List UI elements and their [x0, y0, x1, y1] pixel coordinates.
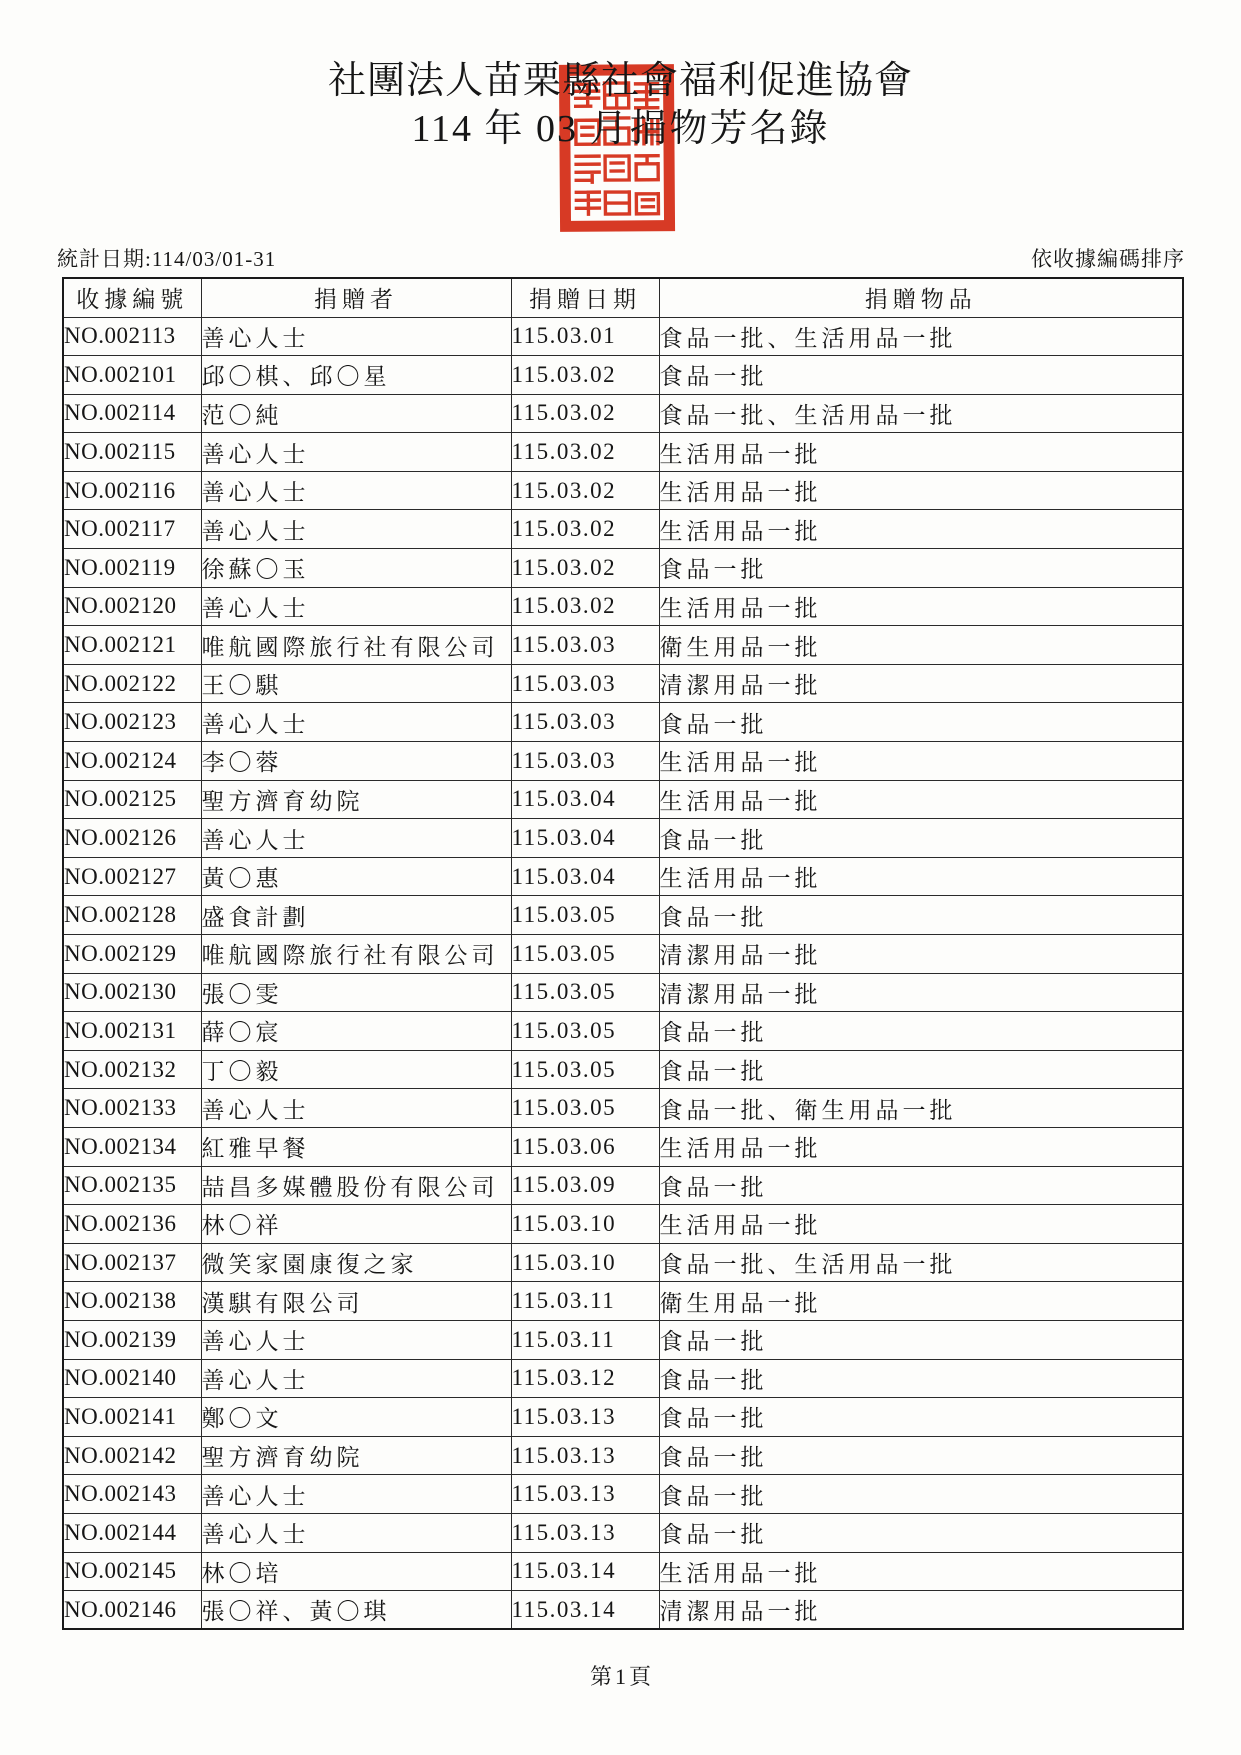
donor-cell: 善心人士	[201, 471, 511, 510]
receipt-no-cell: NO.002122	[63, 664, 201, 703]
table-row: NO.002122王〇騏115.03.03清潔用品一批	[63, 664, 1183, 703]
items-cell: 清潔用品一批	[659, 664, 1183, 703]
table-row: NO.002130張〇雯115.03.05清潔用品一批	[63, 973, 1183, 1012]
receipt-no-cell: NO.002146	[63, 1591, 201, 1630]
items-cell: 生活用品一批	[659, 742, 1183, 781]
donor-cell: 善心人士	[201, 587, 511, 626]
donor-cell: 唯航國際旅行社有限公司	[201, 935, 511, 974]
date-cell: 115.03.02	[511, 549, 659, 588]
table-row: NO.002113善心人士115.03.01食品一批、生活用品一批	[63, 317, 1183, 356]
items-cell: 食品一批	[659, 356, 1183, 395]
date-cell: 115.03.12	[511, 1359, 659, 1398]
stats-date-label: 統計日期:114/03/01-31	[57, 243, 276, 273]
date-cell: 115.03.11	[511, 1282, 659, 1321]
table-row: NO.002126善心人士115.03.04食品一批	[63, 819, 1183, 858]
donor-cell: 善心人士	[201, 819, 511, 858]
date-cell: 115.03.02	[511, 356, 659, 395]
table-row: NO.002127黃〇惠115.03.04生活用品一批	[63, 857, 1183, 896]
donor-cell: 徐蘇〇玉	[201, 549, 511, 588]
donor-cell: 喆昌多媒體股份有限公司	[201, 1166, 511, 1205]
receipt-no-cell: NO.002115	[63, 433, 201, 472]
items-cell: 食品一批	[659, 549, 1183, 588]
items-cell: 生活用品一批	[659, 780, 1183, 819]
items-cell: 食品一批、生活用品一批	[659, 394, 1183, 433]
donation-table: 收據編號 捐贈者 捐贈日期 捐贈物品 NO.002113善心人士115.03.0…	[62, 277, 1184, 1630]
donor-cell: 張〇雯	[201, 973, 511, 1012]
table-row: NO.002145林〇培115.03.14生活用品一批	[63, 1552, 1183, 1591]
date-cell: 115.03.05	[511, 1089, 659, 1128]
donor-cell: 漢騏有限公司	[201, 1282, 511, 1321]
receipt-no-cell: NO.002139	[63, 1320, 201, 1359]
date-cell: 115.03.03	[511, 626, 659, 665]
items-cell: 清潔用品一批	[659, 1591, 1183, 1630]
table-row: NO.002136林〇祥115.03.10生活用品一批	[63, 1205, 1183, 1244]
date-cell: 115.03.13	[511, 1398, 659, 1437]
receipt-no-cell: NO.002125	[63, 780, 201, 819]
receipt-no-cell: NO.002113	[63, 317, 201, 356]
receipt-no-cell: NO.002136	[63, 1205, 201, 1244]
items-cell: 生活用品一批	[659, 433, 1183, 472]
table-row: NO.002138漢騏有限公司115.03.11衛生用品一批	[63, 1282, 1183, 1321]
items-cell: 衛生用品一批	[659, 626, 1183, 665]
date-cell: 115.03.05	[511, 1012, 659, 1051]
receipt-no-cell: NO.002120	[63, 587, 201, 626]
receipt-no-cell: NO.002142	[63, 1436, 201, 1475]
date-cell: 115.03.05	[511, 935, 659, 974]
page-number: 第1頁	[62, 1660, 1182, 1691]
items-cell: 生活用品一批	[659, 1127, 1183, 1166]
donation-table-body: NO.002113善心人士115.03.01食品一批、生活用品一批NO.0021…	[63, 317, 1183, 1629]
items-cell: 食品一批	[659, 1012, 1183, 1051]
donor-cell: 善心人士	[201, 510, 511, 549]
table-row: NO.002135喆昌多媒體股份有限公司115.03.09食品一批	[63, 1166, 1183, 1205]
table-row: NO.002132丁〇毅115.03.05食品一批	[63, 1050, 1183, 1089]
donor-cell: 李〇蓉	[201, 742, 511, 781]
receipt-no-cell: NO.002123	[63, 703, 201, 742]
table-row: NO.002140善心人士115.03.12食品一批	[63, 1359, 1183, 1398]
items-cell: 食品一批	[659, 1320, 1183, 1359]
document-title: 社團法人苗栗縣社會福利促進協會 114 年 03 月捐物芳名錄	[0, 57, 1241, 153]
donor-cell: 范〇純	[201, 394, 511, 433]
date-cell: 115.03.05	[511, 1050, 659, 1089]
donor-cell: 丁〇毅	[201, 1050, 511, 1089]
donation-table-header: 收據編號 捐贈者 捐贈日期 捐贈物品	[63, 278, 1183, 317]
receipt-no-cell: NO.002101	[63, 356, 201, 395]
table-row: NO.002133善心人士115.03.05食品一批、衛生用品一批	[63, 1089, 1183, 1128]
meta-row: 統計日期:114/03/01-31 依收據編碼排序	[57, 243, 1185, 273]
receipt-no-cell: NO.002131	[63, 1012, 201, 1051]
date-cell: 115.03.02	[511, 587, 659, 626]
donor-cell: 盛食計劃	[201, 896, 511, 935]
table-row: NO.002120善心人士115.03.02生活用品一批	[63, 587, 1183, 626]
table-row: NO.002124李〇蓉115.03.03生活用品一批	[63, 742, 1183, 781]
donor-cell: 微笑家園康復之家	[201, 1243, 511, 1282]
date-cell: 115.03.14	[511, 1552, 659, 1591]
header-row: 收據編號 捐贈者 捐贈日期 捐贈物品	[63, 278, 1183, 317]
table-row: NO.002101邱〇棋、邱〇星115.03.02食品一批	[63, 356, 1183, 395]
donor-cell: 善心人士	[201, 1513, 511, 1552]
date-cell: 115.03.05	[511, 973, 659, 1012]
donor-cell: 黃〇惠	[201, 857, 511, 896]
items-cell: 衛生用品一批	[659, 1282, 1183, 1321]
items-cell: 生活用品一批	[659, 587, 1183, 626]
table-row: NO.002115善心人士115.03.02生活用品一批	[63, 433, 1183, 472]
donor-cell: 林〇祥	[201, 1205, 511, 1244]
table-row: NO.002141鄭〇文115.03.13食品一批	[63, 1398, 1183, 1437]
items-cell: 生活用品一批	[659, 471, 1183, 510]
donor-cell: 善心人士	[201, 1089, 511, 1128]
receipt-no-cell: NO.002141	[63, 1398, 201, 1437]
receipt-no-cell: NO.002126	[63, 819, 201, 858]
date-cell: 115.03.02	[511, 433, 659, 472]
items-cell: 清潔用品一批	[659, 935, 1183, 974]
items-cell: 生活用品一批	[659, 510, 1183, 549]
items-cell: 食品一批、生活用品一批	[659, 1243, 1183, 1282]
date-cell: 115.03.01	[511, 317, 659, 356]
donor-cell: 鄭〇文	[201, 1398, 511, 1437]
items-cell: 食品一批	[659, 1050, 1183, 1089]
table-row: NO.002116善心人士115.03.02生活用品一批	[63, 471, 1183, 510]
receipt-no-cell: NO.002116	[63, 471, 201, 510]
donor-cell: 善心人士	[201, 1359, 511, 1398]
donor-cell: 善心人士	[201, 433, 511, 472]
donor-cell: 邱〇棋、邱〇星	[201, 356, 511, 395]
donor-cell: 林〇培	[201, 1552, 511, 1591]
receipt-no-cell: NO.002117	[63, 510, 201, 549]
items-cell: 食品一批	[659, 1166, 1183, 1205]
table-row: NO.002114范〇純115.03.02食品一批、生活用品一批	[63, 394, 1183, 433]
date-cell: 115.03.13	[511, 1475, 659, 1514]
date-cell: 115.03.11	[511, 1320, 659, 1359]
date-cell: 115.03.06	[511, 1127, 659, 1166]
receipt-no-cell: NO.002132	[63, 1050, 201, 1089]
receipt-no-cell: NO.002135	[63, 1166, 201, 1205]
items-cell: 食品一批、生活用品一批	[659, 317, 1183, 356]
items-cell: 食品一批	[659, 896, 1183, 935]
table-row: NO.002131薛〇宸115.03.05食品一批	[63, 1012, 1183, 1051]
date-cell: 115.03.02	[511, 510, 659, 549]
table-row: NO.002125聖方濟育幼院115.03.04生活用品一批	[63, 780, 1183, 819]
date-cell: 115.03.09	[511, 1166, 659, 1205]
sort-order-note: 依收據編碼排序	[1031, 243, 1185, 273]
table-row: NO.002137微笑家園康復之家115.03.10食品一批、生活用品一批	[63, 1243, 1183, 1282]
receipt-no-cell: NO.002138	[63, 1282, 201, 1321]
receipt-no-cell: NO.002124	[63, 742, 201, 781]
items-cell: 生活用品一批	[659, 1552, 1183, 1591]
date-cell: 115.03.03	[511, 703, 659, 742]
date-cell: 115.03.10	[511, 1205, 659, 1244]
date-cell: 115.03.13	[511, 1513, 659, 1552]
donor-cell: 善心人士	[201, 703, 511, 742]
date-cell: 115.03.04	[511, 819, 659, 858]
receipt-no-cell: NO.002128	[63, 896, 201, 935]
items-cell: 生活用品一批	[659, 857, 1183, 896]
donor-cell: 薛〇宸	[201, 1012, 511, 1051]
receipt-no-cell: NO.002137	[63, 1243, 201, 1282]
donor-cell: 唯航國際旅行社有限公司	[201, 626, 511, 665]
receipt-no-cell: NO.002129	[63, 935, 201, 974]
date-cell: 115.03.04	[511, 857, 659, 896]
table-row: NO.002129唯航國際旅行社有限公司115.03.05清潔用品一批	[63, 935, 1183, 974]
receipt-no-cell: NO.002119	[63, 549, 201, 588]
title-line-1: 社團法人苗栗縣社會福利促進協會	[0, 57, 1241, 105]
items-cell: 食品一批	[659, 1359, 1183, 1398]
table-row: NO.002139善心人士115.03.11食品一批	[63, 1320, 1183, 1359]
receipt-no-cell: NO.002127	[63, 857, 201, 896]
receipt-no-cell: NO.002130	[63, 973, 201, 1012]
table-row: NO.002128盛食計劃115.03.05食品一批	[63, 896, 1183, 935]
date-cell: 115.03.03	[511, 664, 659, 703]
receipt-no-cell: NO.002140	[63, 1359, 201, 1398]
donor-cell: 聖方濟育幼院	[201, 780, 511, 819]
table-row: NO.002144善心人士115.03.13食品一批	[63, 1513, 1183, 1552]
date-cell: 115.03.10	[511, 1243, 659, 1282]
items-cell: 食品一批	[659, 703, 1183, 742]
items-cell: 食品一批	[659, 1398, 1183, 1437]
col-header-receipt-no: 收據編號	[63, 278, 201, 317]
items-cell: 食品一批	[659, 1475, 1183, 1514]
donor-cell: 善心人士	[201, 1320, 511, 1359]
date-cell: 115.03.02	[511, 394, 659, 433]
items-cell: 食品一批	[659, 1513, 1183, 1552]
items-cell: 食品一批、衛生用品一批	[659, 1089, 1183, 1128]
receipt-no-cell: NO.002143	[63, 1475, 201, 1514]
receipt-no-cell: NO.002144	[63, 1513, 201, 1552]
table-row: NO.002121唯航國際旅行社有限公司115.03.03衛生用品一批	[63, 626, 1183, 665]
donor-cell: 王〇騏	[201, 664, 511, 703]
document-page: 社團法人苗栗縣社會福利促進協會 114 年 03 月捐物芳名錄 統計日期:114…	[0, 0, 1241, 1755]
receipt-no-cell: NO.002134	[63, 1127, 201, 1166]
table-row: NO.002146張〇祥、黃〇琪115.03.14清潔用品一批	[63, 1591, 1183, 1630]
items-cell: 食品一批	[659, 819, 1183, 858]
receipt-no-cell: NO.002133	[63, 1089, 201, 1128]
date-cell: 115.03.14	[511, 1591, 659, 1630]
date-cell: 115.03.05	[511, 896, 659, 935]
table-row: NO.002119徐蘇〇玉115.03.02食品一批	[63, 549, 1183, 588]
table-row: NO.002143善心人士115.03.13食品一批	[63, 1475, 1183, 1514]
date-cell: 115.03.13	[511, 1436, 659, 1475]
col-header-items: 捐贈物品	[659, 278, 1183, 317]
col-header-date: 捐贈日期	[511, 278, 659, 317]
table-row: NO.002117善心人士115.03.02生活用品一批	[63, 510, 1183, 549]
receipt-no-cell: NO.002121	[63, 626, 201, 665]
title-line-2: 114 年 03 月捐物芳名錄	[0, 105, 1241, 153]
donor-cell: 張〇祥、黃〇琪	[201, 1591, 511, 1630]
date-cell: 115.03.03	[511, 742, 659, 781]
date-cell: 115.03.02	[511, 471, 659, 510]
table-row: NO.002142聖方濟育幼院115.03.13食品一批	[63, 1436, 1183, 1475]
items-cell: 清潔用品一批	[659, 973, 1183, 1012]
receipt-no-cell: NO.002145	[63, 1552, 201, 1591]
table-row: NO.002123善心人士115.03.03食品一批	[63, 703, 1183, 742]
col-header-donor: 捐贈者	[201, 278, 511, 317]
items-cell: 食品一批	[659, 1436, 1183, 1475]
table-row: NO.002134紅雅早餐115.03.06生活用品一批	[63, 1127, 1183, 1166]
donor-cell: 善心人士	[201, 1475, 511, 1514]
donor-cell: 善心人士	[201, 317, 511, 356]
date-cell: 115.03.04	[511, 780, 659, 819]
donor-cell: 紅雅早餐	[201, 1127, 511, 1166]
receipt-no-cell: NO.002114	[63, 394, 201, 433]
items-cell: 生活用品一批	[659, 1205, 1183, 1244]
donor-cell: 聖方濟育幼院	[201, 1436, 511, 1475]
